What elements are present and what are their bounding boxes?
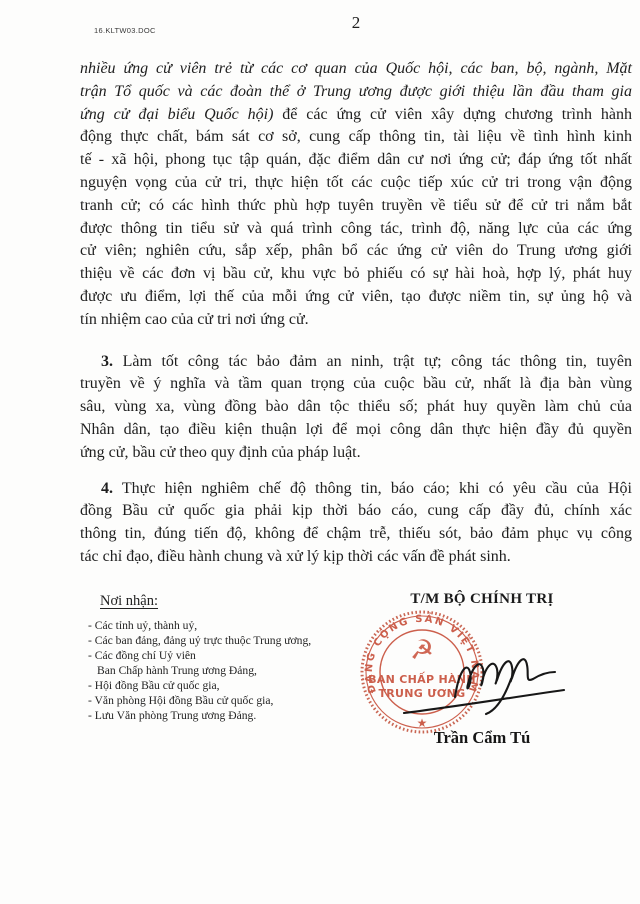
italic-text: ứng cử đại biểu Quốc hội): [80, 106, 273, 123]
recipients-heading: Nơi nhận:: [100, 594, 348, 609]
text-line: thông tin, đúng tiến độ, không để chậm t…: [80, 523, 632, 546]
signature-descender-stroke: [486, 679, 511, 714]
paragraph-number: 4.: [101, 480, 113, 497]
document-page: 16.KLTW03.DOC 2 nhiều ứng cử viên trẻ từ…: [0, 0, 640, 904]
text-line: nguyện vọng của cử tri, thực hiện tốt cá…: [80, 172, 632, 195]
text-line: truyền về ý nghĩa và tầm quan trọng của …: [80, 373, 632, 396]
text-line: động thực chất, bám sát cơ sở, cung cấp …: [80, 126, 632, 149]
paragraph-4: 4. Thực hiện nghiêm chế độ thông tin, bá…: [80, 478, 632, 569]
recipient-item: - Các tỉnh uỷ, thành uỷ,: [88, 618, 348, 633]
text-line: 4. Thực hiện nghiêm chế độ thông tin, bá…: [80, 478, 632, 501]
text-line: cử viên; nghiên cứu, sắp xếp, phân bổ cá…: [80, 240, 632, 263]
text-line: nhiều ứng cử viên trẻ từ các cơ quan của…: [80, 58, 632, 81]
doc-reference: 16.KLTW03.DOC: [94, 26, 156, 35]
recipient-item: - Các ban đảng, đảng uỷ trực thuộc Trung…: [88, 633, 348, 648]
text-line: tác chỉ đạo, điều hành chung và xử lý kị…: [80, 546, 632, 569]
text-line: tranh cử; có các hình thức phù hợp tuyên…: [80, 195, 632, 218]
signature-underline-stroke: [404, 690, 564, 713]
text-line: Nhân dân, tạo điều kiện thuận lợi để mọi…: [80, 419, 632, 442]
text-line: ứng cử, bầu cử theo quy định của pháp lu…: [80, 442, 632, 465]
regular-text: Thực hiện nghiêm chế độ thông tin, báo c…: [122, 480, 632, 497]
text-line: sâu, vùng xa, vùng đồng bào dân tộc thiể…: [80, 396, 632, 419]
text-line: ứng cử đại biểu Quốc hội) để các ứng cử …: [80, 104, 632, 127]
recipient-item: - Hội đồng Bầu cử quốc gia,: [88, 678, 348, 693]
recipient-item: - Các đồng chí Uỷ viên: [88, 648, 348, 663]
regular-text: để các ứng cử viên xây dựng chương trình…: [282, 106, 632, 123]
italic-text: nhiều ứng cử viên trẻ từ các cơ quan của…: [80, 60, 632, 77]
italic-text: trận Tổ quốc và các đoàn thể ở Trung ươn…: [80, 83, 632, 100]
text-line: được ưu điểm, lợi thế của mỗi ứng cử viê…: [80, 286, 632, 309]
regular-text: Làm tốt công tác bảo đảm an ninh, trật t…: [123, 353, 632, 370]
text-line: tín nhiệm cao của cử tri nơi ứng cử.: [80, 309, 632, 332]
text-line: thiệu về các đơn vị bầu cử, khu vực bỏ p…: [80, 263, 632, 286]
recipient-item: - Lưu Văn phòng Trung ương Đảng.: [88, 708, 348, 723]
text-line: được thông tin tiểu sử và quá trình công…: [80, 218, 632, 241]
text-line: tế - xã hội, phong tục tập quán, đặc điể…: [80, 149, 632, 172]
text-line: 3. Làm tốt công tác bảo đảm an ninh, trậ…: [80, 351, 632, 374]
document-body: nhiều ứng cử viên trẻ từ các cơ quan của…: [80, 58, 632, 569]
recipient-item: - Văn phòng Hội đồng Bầu cử quốc gia,: [88, 693, 348, 708]
recipient-item: Ban Chấp hành Trung ương Đảng,: [88, 663, 348, 678]
paragraph-continuation: nhiều ứng cử viên trẻ từ các cơ quan của…: [80, 58, 632, 332]
recipients-block: Nơi nhận: - Các tỉnh uỷ, thành uỷ, - Các…: [88, 594, 348, 723]
paragraph-number: 3.: [101, 353, 113, 370]
signature-scribble: [398, 641, 573, 721]
text-line: đồng Bầu cử quốc gia phải kịp thời báo c…: [80, 500, 632, 523]
text-line: trận Tổ quốc và các đoàn thể ở Trung ươn…: [80, 81, 632, 104]
paragraph-3: 3. Làm tốt công tác bảo đảm an ninh, trậ…: [80, 351, 632, 465]
page-number: 2: [341, 13, 371, 33]
